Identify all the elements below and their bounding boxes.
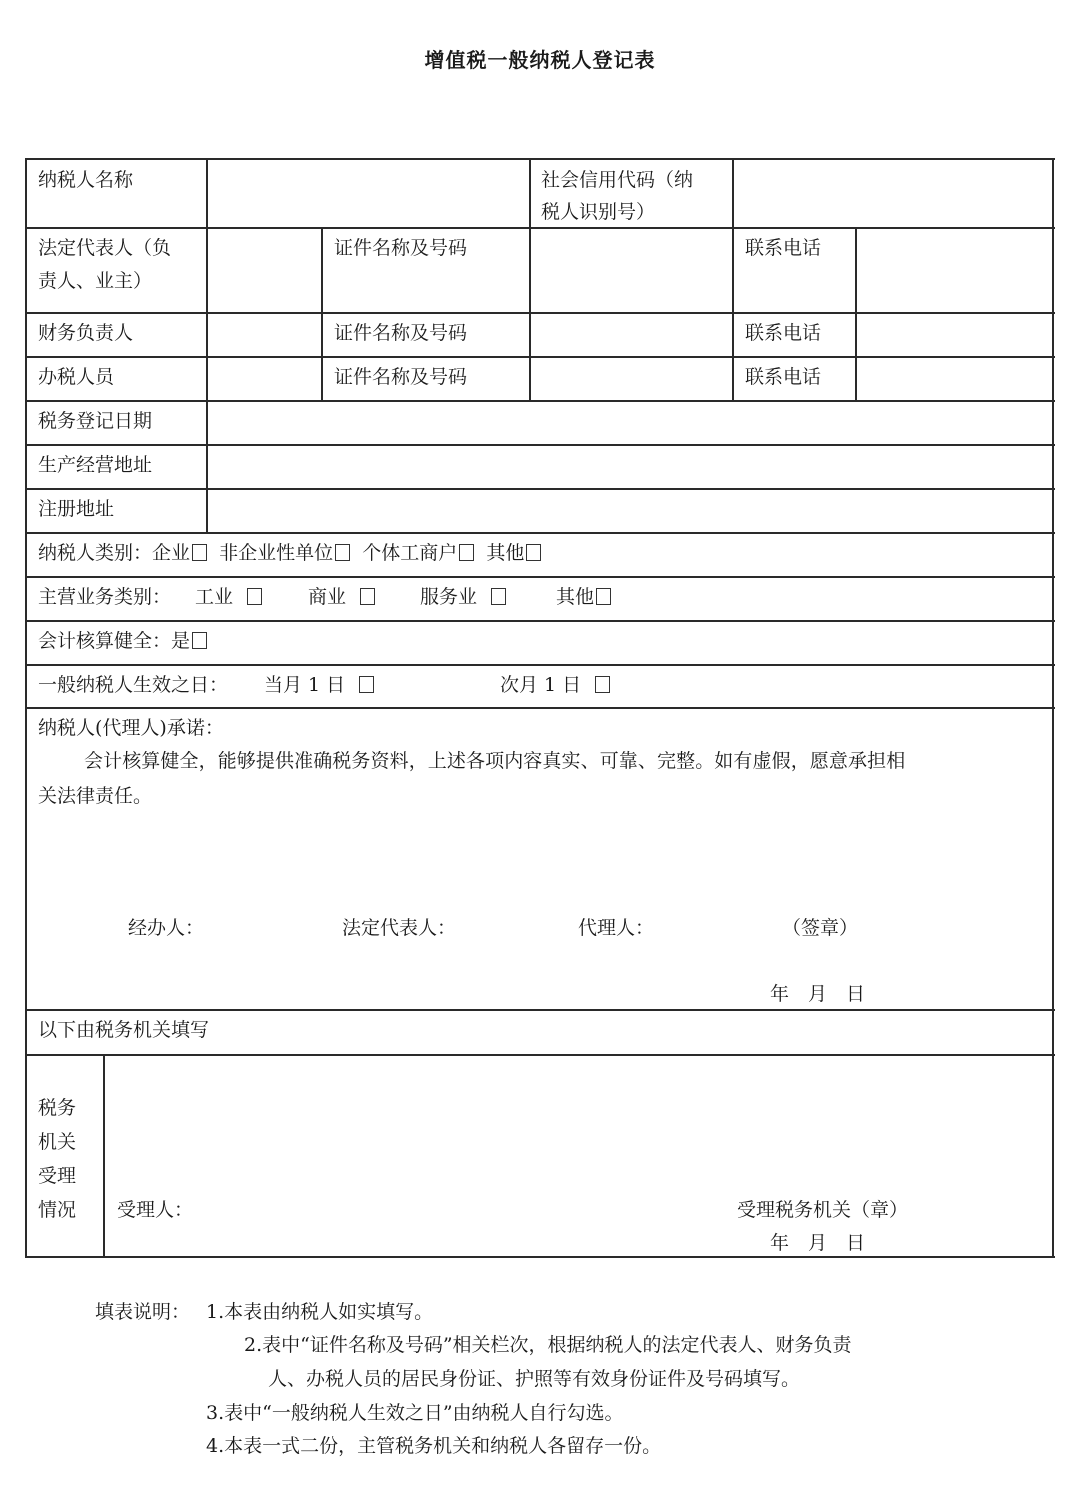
legal-rep-label-line2: 责人、业主） [38, 265, 152, 298]
credit-code-label-line2: 税人识别号） [541, 196, 655, 229]
tax-officer-name-field[interactable] [208, 358, 321, 400]
form-title: 增值税一般纳税人登记表 [0, 44, 1080, 73]
checkbox-other[interactable] [526, 544, 541, 561]
option-enterprise[interactable]: 企业 [152, 542, 207, 564]
tax-authority-side-label-1: 税务 [38, 1092, 76, 1125]
row-divider [25, 620, 1055, 622]
registration-date-label: 税务登记日期 [38, 405, 152, 438]
tax-officer-id-field[interactable] [531, 358, 732, 400]
note-item-4: 4.本表一式二份，主管税务机关和纳税人各留存一份。 [206, 1430, 661, 1463]
handler-signature-label: 经办人： [128, 912, 204, 945]
note-item-3: 3.表中“一般纳税人生效之日”由纳税人自行勾选。 [206, 1397, 624, 1430]
option-individual-business[interactable]: 个体工商户 [362, 542, 474, 564]
checkbox-commerce[interactable] [360, 588, 375, 605]
row-divider [25, 707, 1055, 709]
checkbox-industry[interactable] [247, 588, 262, 605]
taxpayer-name-label: 纳税人名称 [38, 164, 133, 197]
option-yes[interactable]: 是 [171, 630, 207, 652]
checkbox-next-month[interactable] [595, 676, 610, 693]
legal-rep-label-line1: 法定代表人（负 [38, 232, 171, 265]
option-commerce[interactable]: 商业 [308, 581, 375, 614]
option-next-month[interactable]: 次月 1 日 [500, 669, 610, 702]
finance-head-id-field[interactable] [531, 314, 732, 356]
row-divider [25, 532, 1055, 534]
legal-rep-signature-label: 法定代表人： [342, 912, 456, 945]
option-services[interactable]: 服务业 [420, 581, 506, 614]
legal-rep-id-field[interactable] [531, 229, 732, 312]
col-divider [321, 227, 323, 402]
row-divider [25, 664, 1055, 666]
notes-prefix: 填表说明： [95, 1296, 190, 1329]
commitment-heading: 纳税人(代理人)承诺： [38, 712, 224, 745]
tax-officer-id-label: 证件名称及号码 [334, 361, 467, 394]
credit-code-field[interactable] [734, 160, 1052, 227]
receiver-label: 受理人： [117, 1194, 193, 1227]
option-industry[interactable]: 工业 [195, 581, 262, 614]
checkbox-services[interactable] [491, 588, 506, 605]
registration-date-field[interactable] [208, 402, 1052, 444]
finance-head-id-label: 证件名称及号码 [334, 317, 467, 350]
business-category-label: 主营业务类别： [38, 581, 171, 614]
commitment-date-label: 年 月 日 [770, 978, 865, 1011]
checkbox-current-month[interactable] [359, 676, 374, 693]
checkbox-yes[interactable] [192, 632, 207, 649]
col-divider [529, 158, 531, 228]
tax-authority-side-label-4: 情况 [38, 1194, 76, 1227]
accounting-row: 会计核算健全：是 [38, 625, 207, 658]
row-divider [25, 1009, 1055, 1011]
note-item-2: 2.表中“证件名称及号码”相关栏次，根据纳税人的法定代表人、财务负责 [244, 1329, 852, 1362]
note-item-1: 1.本表由纳税人如实填写。 [206, 1296, 433, 1329]
tax-officer-phone-label: 联系电话 [745, 361, 821, 394]
commitment-body-line2: 关法律责任。 [38, 780, 152, 813]
row-divider [25, 576, 1055, 578]
registered-address-label: 注册地址 [38, 493, 114, 526]
tax-authority-side-label-2: 机关 [38, 1126, 76, 1159]
authority-seal-label: 受理税务机关（章） [737, 1194, 908, 1227]
checkbox-individual-business[interactable] [459, 544, 474, 561]
finance-head-phone-field[interactable] [857, 314, 1052, 356]
taxpayer-name-field[interactable] [208, 160, 529, 227]
tax-authority-field[interactable] [105, 1056, 1052, 1256]
registered-address-field[interactable] [208, 490, 1052, 532]
checkbox-business-other[interactable] [596, 588, 611, 605]
finance-head-phone-label: 联系电话 [745, 317, 821, 350]
tax-authority-header: 以下由税务机关填写 [38, 1014, 209, 1047]
agent-signature-label: 代理人： [578, 912, 654, 945]
finance-head-label: 财务负责人 [38, 317, 133, 350]
commitment-body-line1: 会计核算健全，能够提供准确税务资料，上述各项内容真实、可靠、完整。如有虚假，愿意… [84, 745, 905, 778]
option-non-enterprise[interactable]: 非企业性单位 [219, 542, 350, 564]
taxpayer-category-label: 纳税人类别： [38, 542, 152, 564]
legal-rep-phone-field[interactable] [857, 229, 1052, 312]
option-business-other[interactable]: 其他 [556, 581, 611, 614]
option-other[interactable]: 其他 [486, 542, 541, 564]
legal-rep-id-label: 证件名称及号码 [334, 232, 467, 265]
legal-rep-name-field[interactable] [208, 229, 321, 312]
effective-date-label: 一般纳税人生效之日： [38, 669, 228, 702]
table-border-bottom [25, 1256, 1055, 1258]
note-item-2-cont: 人、办税人员的居民身份证、护照等有效身份证件及号码填写。 [268, 1363, 800, 1396]
legal-rep-phone-label: 联系电话 [745, 232, 821, 265]
tax-officer-phone-field[interactable] [857, 358, 1052, 400]
finance-head-name-field[interactable] [208, 314, 321, 356]
tax-authority-side-label-3: 受理 [38, 1160, 76, 1193]
tax-officer-label: 办税人员 [38, 361, 114, 394]
checkbox-non-enterprise[interactable] [335, 544, 350, 561]
seal-label: （签章） [782, 912, 858, 945]
accounting-label: 会计核算健全： [38, 630, 171, 652]
authority-date-label: 年 月 日 [770, 1227, 865, 1260]
credit-code-label-line1: 社会信用代码（纳 [541, 164, 693, 197]
business-address-label: 生产经营地址 [38, 449, 152, 482]
taxpayer-category-row: 纳税人类别：企业 非企业性单位 个体工商户 其他 [38, 537, 541, 570]
checkbox-enterprise[interactable] [192, 544, 207, 561]
business-address-field[interactable] [208, 446, 1052, 488]
option-current-month[interactable]: 当月 1 日 [264, 669, 374, 702]
